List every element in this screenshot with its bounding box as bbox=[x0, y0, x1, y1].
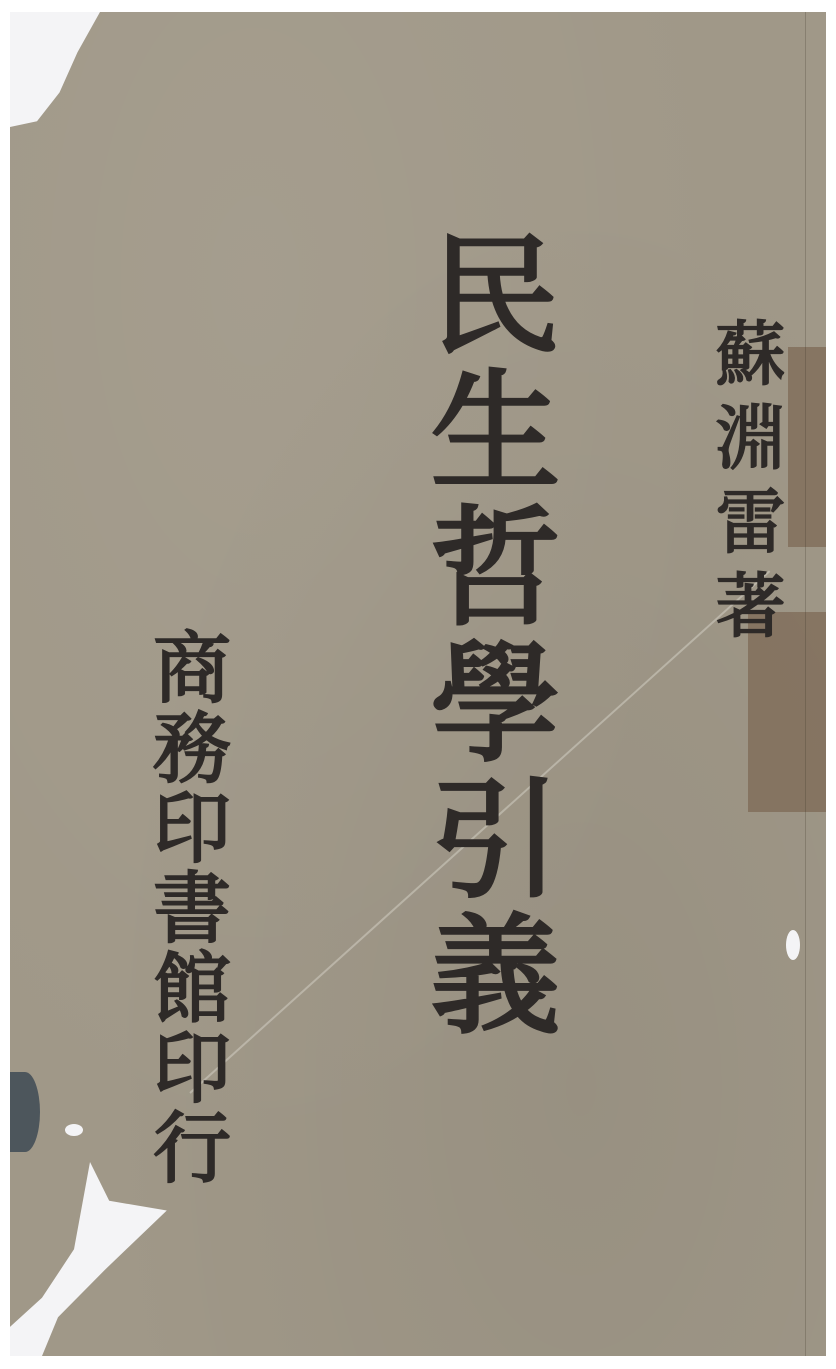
tape-mark-upper bbox=[788, 347, 826, 547]
paper-hole bbox=[786, 930, 800, 960]
torn-corner-top-left bbox=[10, 12, 100, 127]
publisher-name: 商務印書館印行 bbox=[140, 627, 230, 1187]
author-name: 蘇淵雷著 bbox=[705, 317, 785, 653]
book-cover: 民生哲學引義 蘇淵雷著 商務印書館印行 bbox=[10, 12, 826, 1356]
paper-hole bbox=[65, 1124, 83, 1136]
torn-corner-bottom-left bbox=[10, 1162, 170, 1356]
ink-stain bbox=[10, 1072, 40, 1152]
spine-edge bbox=[805, 12, 806, 1356]
book-title: 民生哲學引義 bbox=[410, 227, 560, 1043]
